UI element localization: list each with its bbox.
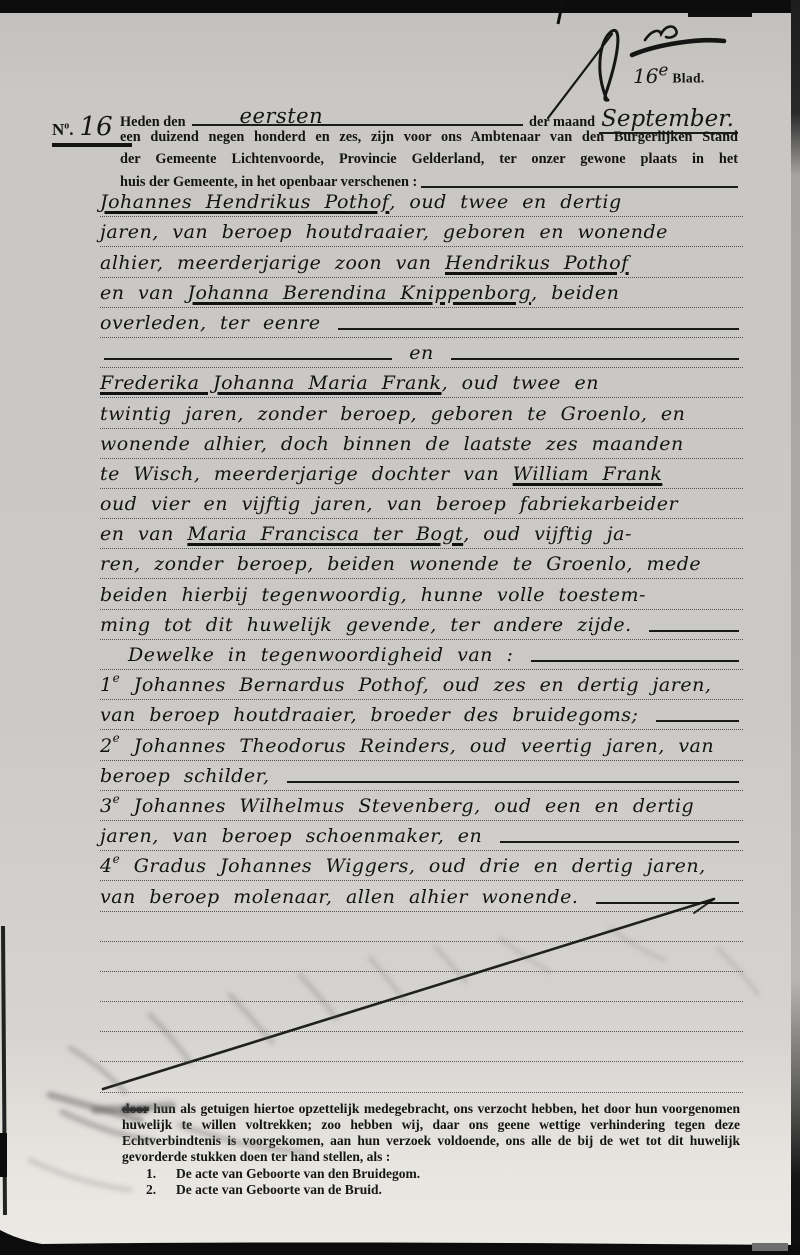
manuscript-text: overleden, ter eenre	[100, 310, 334, 337]
document-list: 1.De acte van Geboorte van den Bruidegom…	[122, 1166, 740, 1199]
manuscript-line	[100, 1062, 743, 1092]
manuscript-text: beiden hierbij tegenwoordig, hunne volle…	[100, 582, 646, 609]
manuscript-text: jaren, van beroep schoenmaker, en	[100, 823, 496, 850]
manuscript-line: twintig jaren, zonder beroep, geboren te…	[100, 398, 743, 428]
manuscript-text: , oud twee en dertig	[389, 189, 621, 216]
manuscript-text: 2	[100, 733, 113, 760]
scan-edge-bottom	[0, 1230, 800, 1255]
footer-paragraph: door hun als getuigen hiertoe opzettelij…	[122, 1101, 740, 1165]
ink-rule	[656, 720, 739, 722]
manuscript-text: beroep schilder,	[100, 763, 283, 790]
manuscript-line: 4e Gradus Johannes Wiggers, oud drie en …	[100, 851, 743, 881]
sheet-number: 16e Blad.	[633, 60, 705, 88]
manuscript-line: 2e Johannes Theodorus Reinders, oud veer…	[100, 730, 743, 760]
manuscript-text: Johannes Theodorus Reinders, oud veertig…	[120, 733, 714, 760]
struck-word: door	[122, 1101, 149, 1116]
header-date-line: Heden den eersten der maand September.	[120, 100, 738, 126]
manuscript-text: en	[396, 340, 448, 367]
manuscript-line: ming tot dit huwelijk gevende, ter ander…	[100, 610, 743, 640]
manuscript-text: e	[113, 793, 121, 805]
manuscript-line	[100, 1032, 743, 1062]
manuscript-line: wonende alhier, doch binnen de laatste z…	[100, 429, 743, 459]
manuscript-name: Maria Francisca ter Bogt	[187, 521, 463, 548]
manuscript-text: e	[113, 732, 121, 744]
ink-rule	[596, 902, 739, 904]
manuscript-text: oud vier en vijftig jaren, van beroep fa…	[100, 491, 678, 518]
manuscript-text: van beroep molenaar, allen alhier wonend…	[100, 884, 592, 911]
manuscript-name: Johannes Hendrikus Pothof	[100, 189, 389, 216]
manuscript-text: Johannes Wilhelmus Stevenberg, oud een e…	[120, 793, 694, 820]
manuscript-text: jaren, van beroep houtdraaier, geboren e…	[100, 219, 668, 246]
manuscript-line: Frederika Johanna Maria Frank, oud twee …	[100, 368, 743, 398]
ink-rule	[338, 328, 739, 330]
manuscript-line: ren, zonder beroep, beiden wonende te Gr…	[100, 549, 743, 579]
manuscript-name: Hendrikus Pothof	[445, 250, 629, 277]
manuscript-line: 1e Johannes Bernardus Pothof, oud zes en…	[100, 670, 743, 700]
list-item-text: De acte van Geboorte van de Bruid.	[176, 1182, 382, 1199]
list-item-number: 1.	[146, 1166, 176, 1183]
manuscript-line: jaren, van beroep houtdraaier, geboren e…	[100, 217, 743, 247]
manuscript-name: Johanna Berendina Knippenborg	[187, 280, 531, 307]
manuscript-text: Gradus Johannes Wiggers, oud drie en der…	[120, 853, 705, 880]
scan-edge-left	[0, 926, 7, 1215]
manuscript-text: ming tot dit huwelijk gevende, ter ander…	[100, 612, 645, 639]
manuscript-line	[100, 972, 743, 1002]
manuscript-text: Dewelke in tegenwoordigheid van :	[128, 642, 527, 669]
manuscript-line: te Wisch, meerderjarige dochter van Will…	[100, 459, 743, 489]
manuscript-line: en van Johanna Berendina Knippenborg, be…	[100, 278, 743, 308]
manuscript-line: beroep schilder,	[100, 761, 743, 791]
manuscript-line	[100, 912, 743, 942]
manuscript-text: alhier, meerderjarige zoon van	[100, 250, 445, 277]
ink-rule	[500, 841, 739, 843]
ink-rule	[649, 630, 739, 632]
manuscript-line: van beroep houtdraaier, broeder des brui…	[100, 700, 743, 730]
manuscript-text: te Wisch, meerderjarige dochter van	[100, 461, 513, 488]
manuscript-line: Johannes Hendrikus Pothof, oud twee en d…	[100, 187, 743, 217]
handwritten-day: eersten	[240, 104, 324, 128]
scan-edge-top	[0, 0, 800, 13]
list-item-number: 2.	[146, 1182, 176, 1199]
manuscript-text: e	[113, 672, 121, 684]
header-line-3: der Gemeente Lichtenvoorde, Provincie Ge…	[120, 148, 738, 170]
sheet-number-value: 16e	[633, 64, 668, 88]
manuscript-line: overleden, ter eenre	[100, 308, 743, 338]
manuscript-text: , oud twee en	[442, 370, 599, 397]
date-fill-rule: eersten	[192, 100, 524, 126]
manuscript-line: beiden hierbij tegenwoordig, hunne volle…	[100, 579, 743, 609]
manuscript-name: Frederika Johanna Maria Frank	[100, 370, 442, 397]
manuscript-line: van beroep molenaar, allen alhier wonend…	[100, 881, 743, 911]
list-item-text: De acte van Geboorte van den Bruidegom.	[176, 1166, 420, 1183]
manuscript-text: van beroep houtdraaier, broeder des brui…	[100, 702, 652, 729]
manuscript-line: en van Maria Francisca ter Bogt, oud vij…	[100, 519, 743, 549]
manuscript-text: en van	[100, 521, 187, 548]
manuscript-text: 3	[100, 793, 113, 820]
manuscript-text: wonende alhier, doch binnen de laatste z…	[100, 431, 684, 458]
act-number-label: No.	[52, 120, 74, 139]
manuscript-line: en	[100, 338, 743, 368]
ink-rule	[104, 358, 392, 360]
document-list-item: 2.De acte van Geboorte van de Bruid.	[122, 1182, 740, 1199]
manuscript-text: , oud vijftig ja-	[463, 521, 632, 548]
manuscript-line: 3e Johannes Wilhelmus Stevenberg, oud ee…	[100, 791, 743, 821]
manuscript-text: e	[113, 853, 121, 865]
ink-rule	[287, 781, 739, 783]
manuscript-name: William Frank	[513, 461, 663, 488]
manuscript-text: Johannes Bernardus Pothof, oud zes en de…	[120, 672, 711, 699]
manuscript-text: en van	[100, 280, 187, 307]
manuscript-line: jaren, van beroep schoenmaker, en	[100, 821, 743, 851]
manuscript-line: alhier, meerderjarige zoon van Hendrikus…	[100, 247, 743, 277]
handwritten-body: Johannes Hendrikus Pothof, oud twee en d…	[100, 187, 743, 1093]
ink-rule	[531, 660, 739, 662]
marriage-certificate-scan: 16e Blad. No. 16 Heden den eersten der m…	[0, 0, 800, 1255]
manuscript-line: Dewelke in tegenwoordigheid van :	[100, 640, 743, 670]
manuscript-line	[100, 942, 743, 972]
manuscript-text: , beiden	[531, 280, 619, 307]
manuscript-text: 4	[100, 853, 113, 880]
scan-edge-right	[791, 0, 800, 1255]
printed-footer: door hun als getuigen hiertoe opzettelij…	[122, 1101, 740, 1199]
manuscript-text: ren, zonder beroep, beiden wonende te Gr…	[100, 551, 701, 578]
act-number-value: 16	[80, 112, 113, 142]
document-list-item: 1.De acte van Geboorte van den Bruidegom…	[122, 1166, 740, 1183]
manuscript-line	[100, 1002, 743, 1032]
header-line-2: een duizend negen honderd en zes, zijn v…	[120, 126, 738, 148]
manuscript-text: twintig jaren, zonder beroep, geboren te…	[100, 401, 685, 428]
manuscript-line: oud vier en vijftig jaren, van beroep fa…	[100, 489, 743, 519]
manuscript-text: 1	[100, 672, 113, 699]
sheet-number-word: Blad.	[672, 71, 704, 86]
ink-rule	[451, 358, 739, 360]
printed-header: Heden den eersten der maand September. e…	[120, 100, 738, 193]
